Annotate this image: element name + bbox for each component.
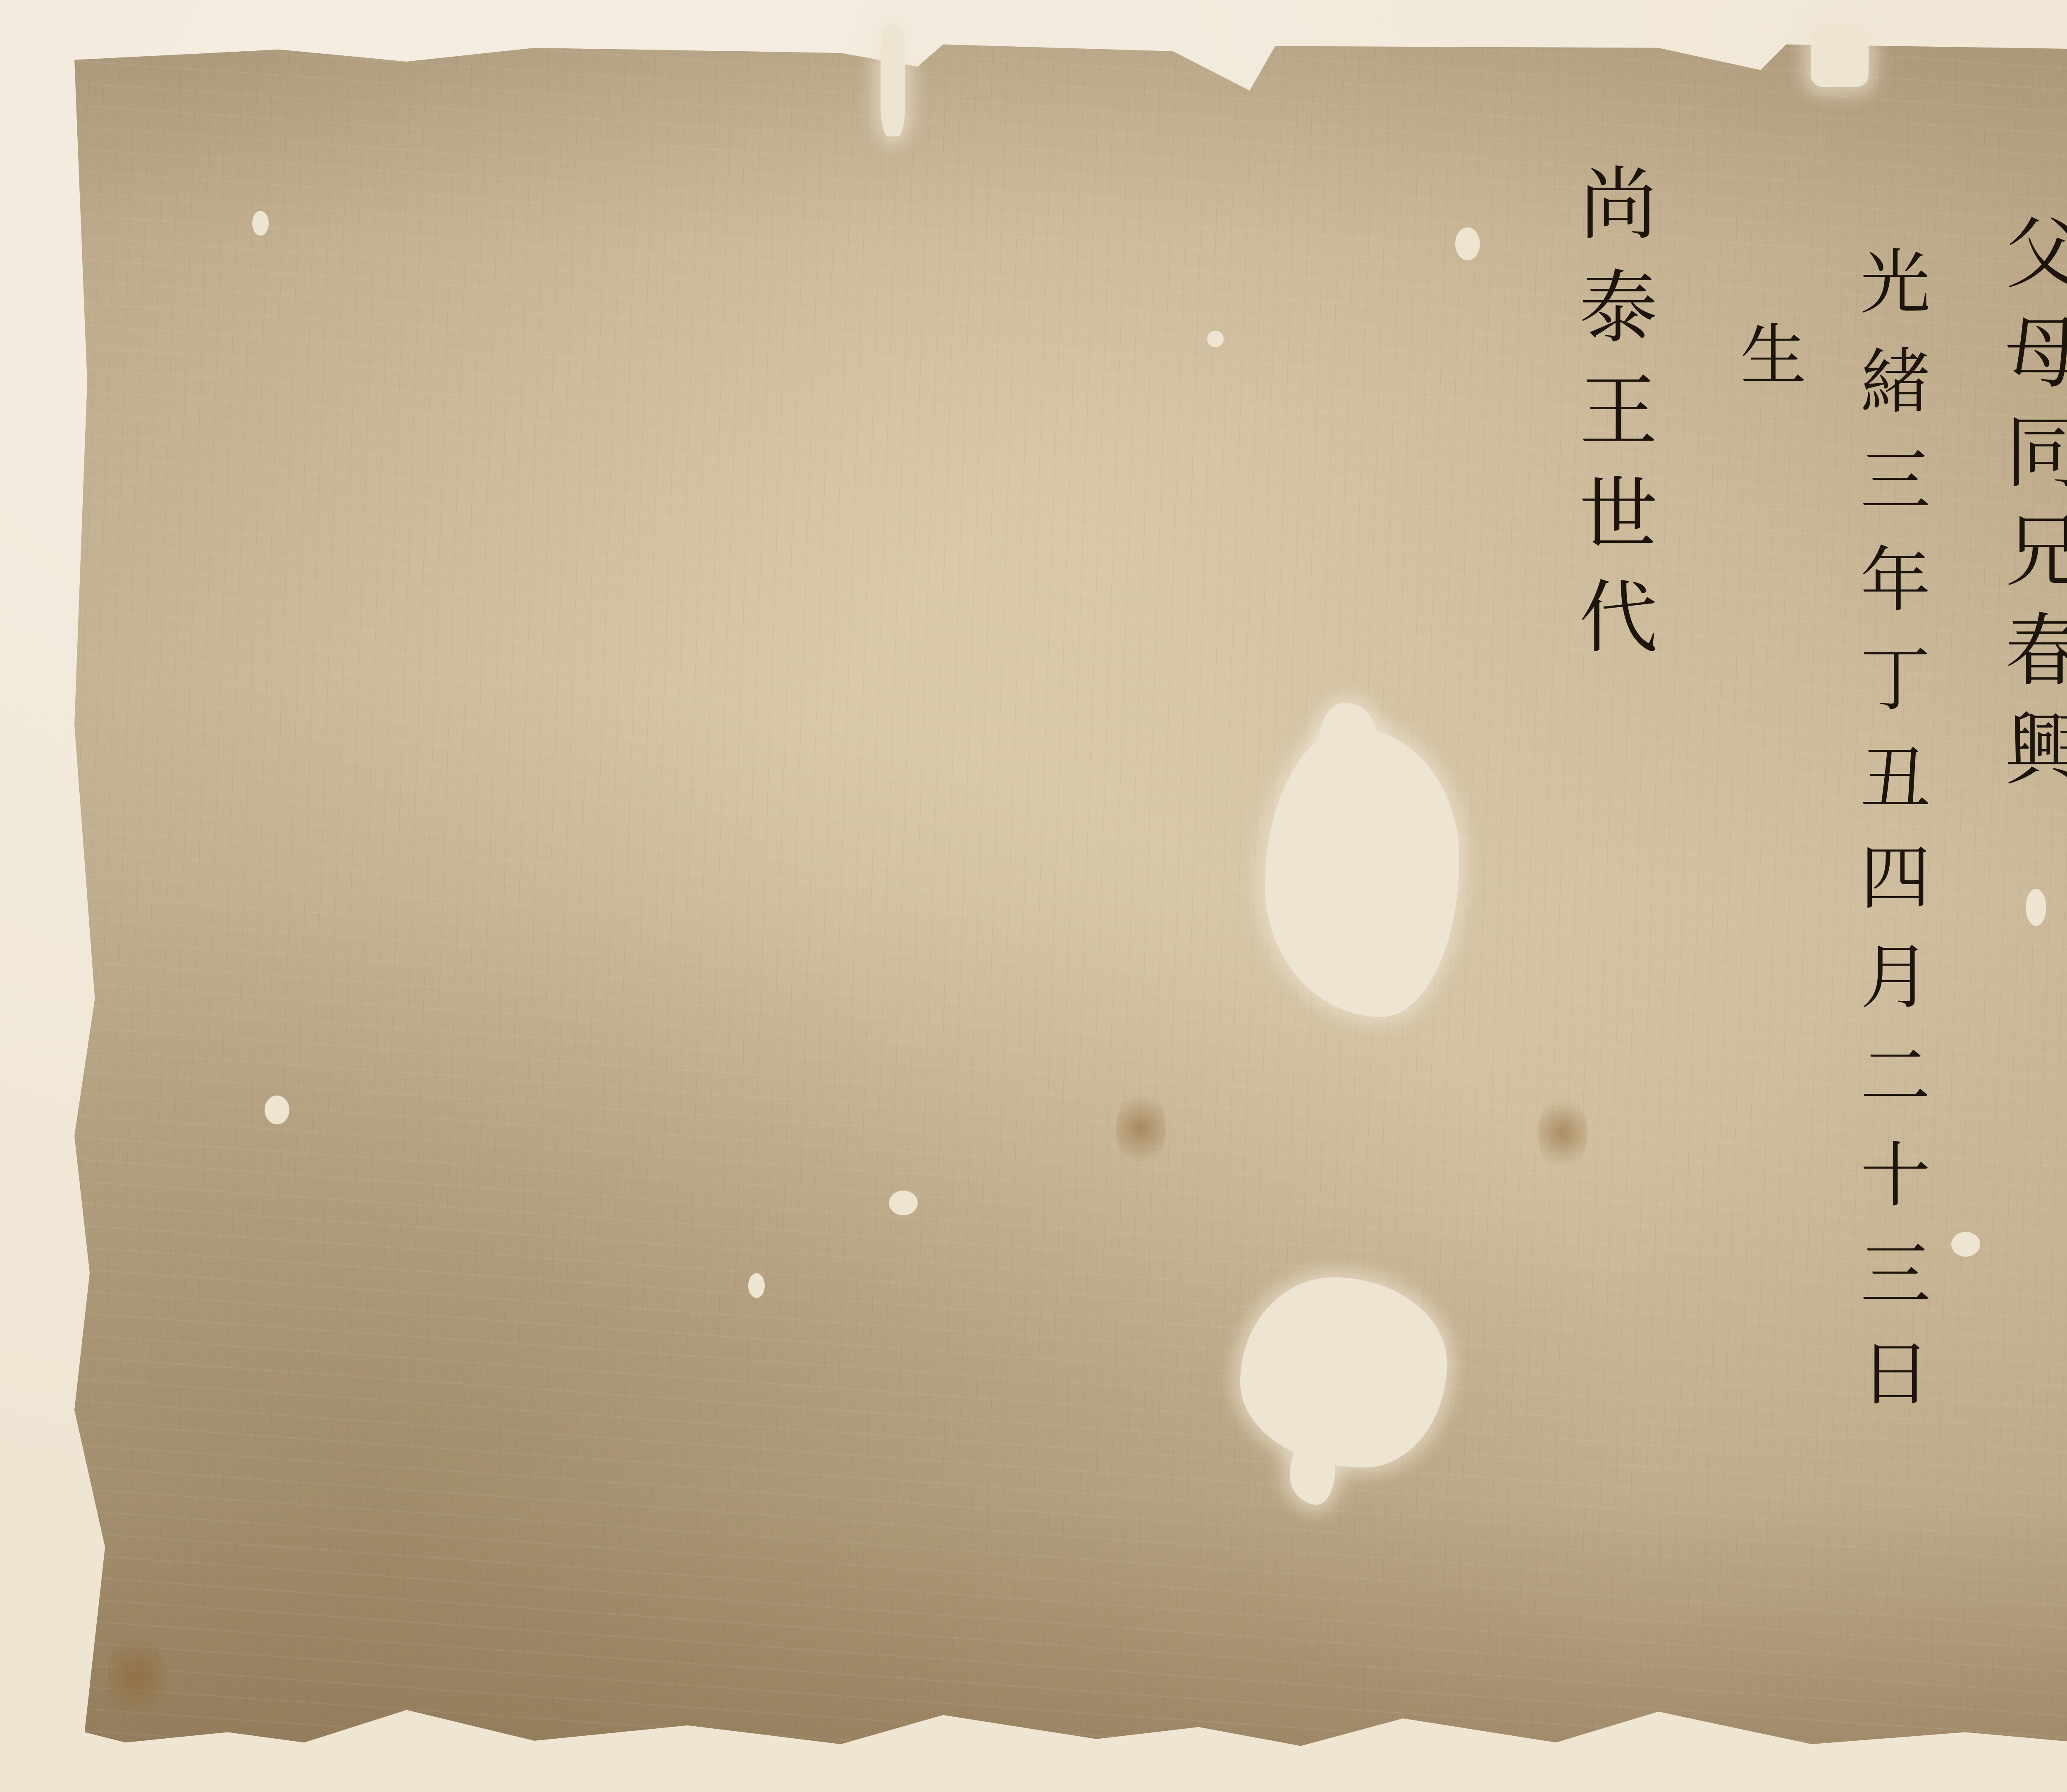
text-column-parents: 父 母 同 兄 春 興 xyxy=(2005,215,2067,790)
paper-hole-lower-tip xyxy=(1290,1439,1335,1505)
speck xyxy=(748,1273,765,1298)
top-tear xyxy=(881,25,905,136)
char: 母 xyxy=(2005,314,2067,393)
speck xyxy=(889,1191,918,1215)
speck xyxy=(1951,1232,1980,1257)
char: 日 xyxy=(1860,1339,1931,1410)
char: 父 xyxy=(2005,215,2067,293)
char: 丑 xyxy=(1860,744,1931,814)
char: 兄 xyxy=(2005,513,2067,591)
top-notch-right xyxy=(1811,25,1869,87)
rust-stain xyxy=(1116,1087,1166,1170)
char: 十 xyxy=(1860,1141,1931,1211)
char: 王 xyxy=(1579,372,1658,451)
speck xyxy=(265,1095,289,1124)
char: 代 xyxy=(1579,579,1658,657)
char: 興 xyxy=(2005,711,2067,790)
char: 光 xyxy=(1860,248,1931,318)
speck xyxy=(2026,889,2046,926)
text-column-born: 生 xyxy=(1740,322,1807,389)
speck xyxy=(1455,227,1480,260)
char: 世 xyxy=(1579,475,1658,554)
char: 三 xyxy=(1860,1240,1931,1310)
char: 四 xyxy=(1860,843,1931,914)
char: 年 xyxy=(1860,546,1931,616)
char: 生 xyxy=(1740,322,1807,389)
rust-stain xyxy=(1538,1091,1587,1174)
char: 尚 xyxy=(1579,165,1658,244)
char: 月 xyxy=(1860,943,1931,1013)
text-column-reign: 尚 泰 王 世 代 xyxy=(1579,165,1658,657)
document-sheet xyxy=(74,39,2067,1753)
text-column-birth-date: 光 緒 三 年 丁 丑 四 月 二 十 三 日 xyxy=(1860,248,1931,1410)
char: 泰 xyxy=(1579,269,1658,347)
speck xyxy=(1207,331,1224,347)
speck xyxy=(252,211,269,236)
char: 二 xyxy=(1860,1042,1931,1112)
char: 丁 xyxy=(1860,645,1931,715)
rust-stain xyxy=(107,1629,165,1724)
paper-hole-upper-tip xyxy=(1319,703,1377,777)
char: 同 xyxy=(2005,413,2067,492)
char: 三 xyxy=(1860,446,1931,517)
char: 春 xyxy=(2005,612,2067,690)
char: 緒 xyxy=(1860,347,1931,418)
paper-fiber-texture xyxy=(74,39,2067,1753)
